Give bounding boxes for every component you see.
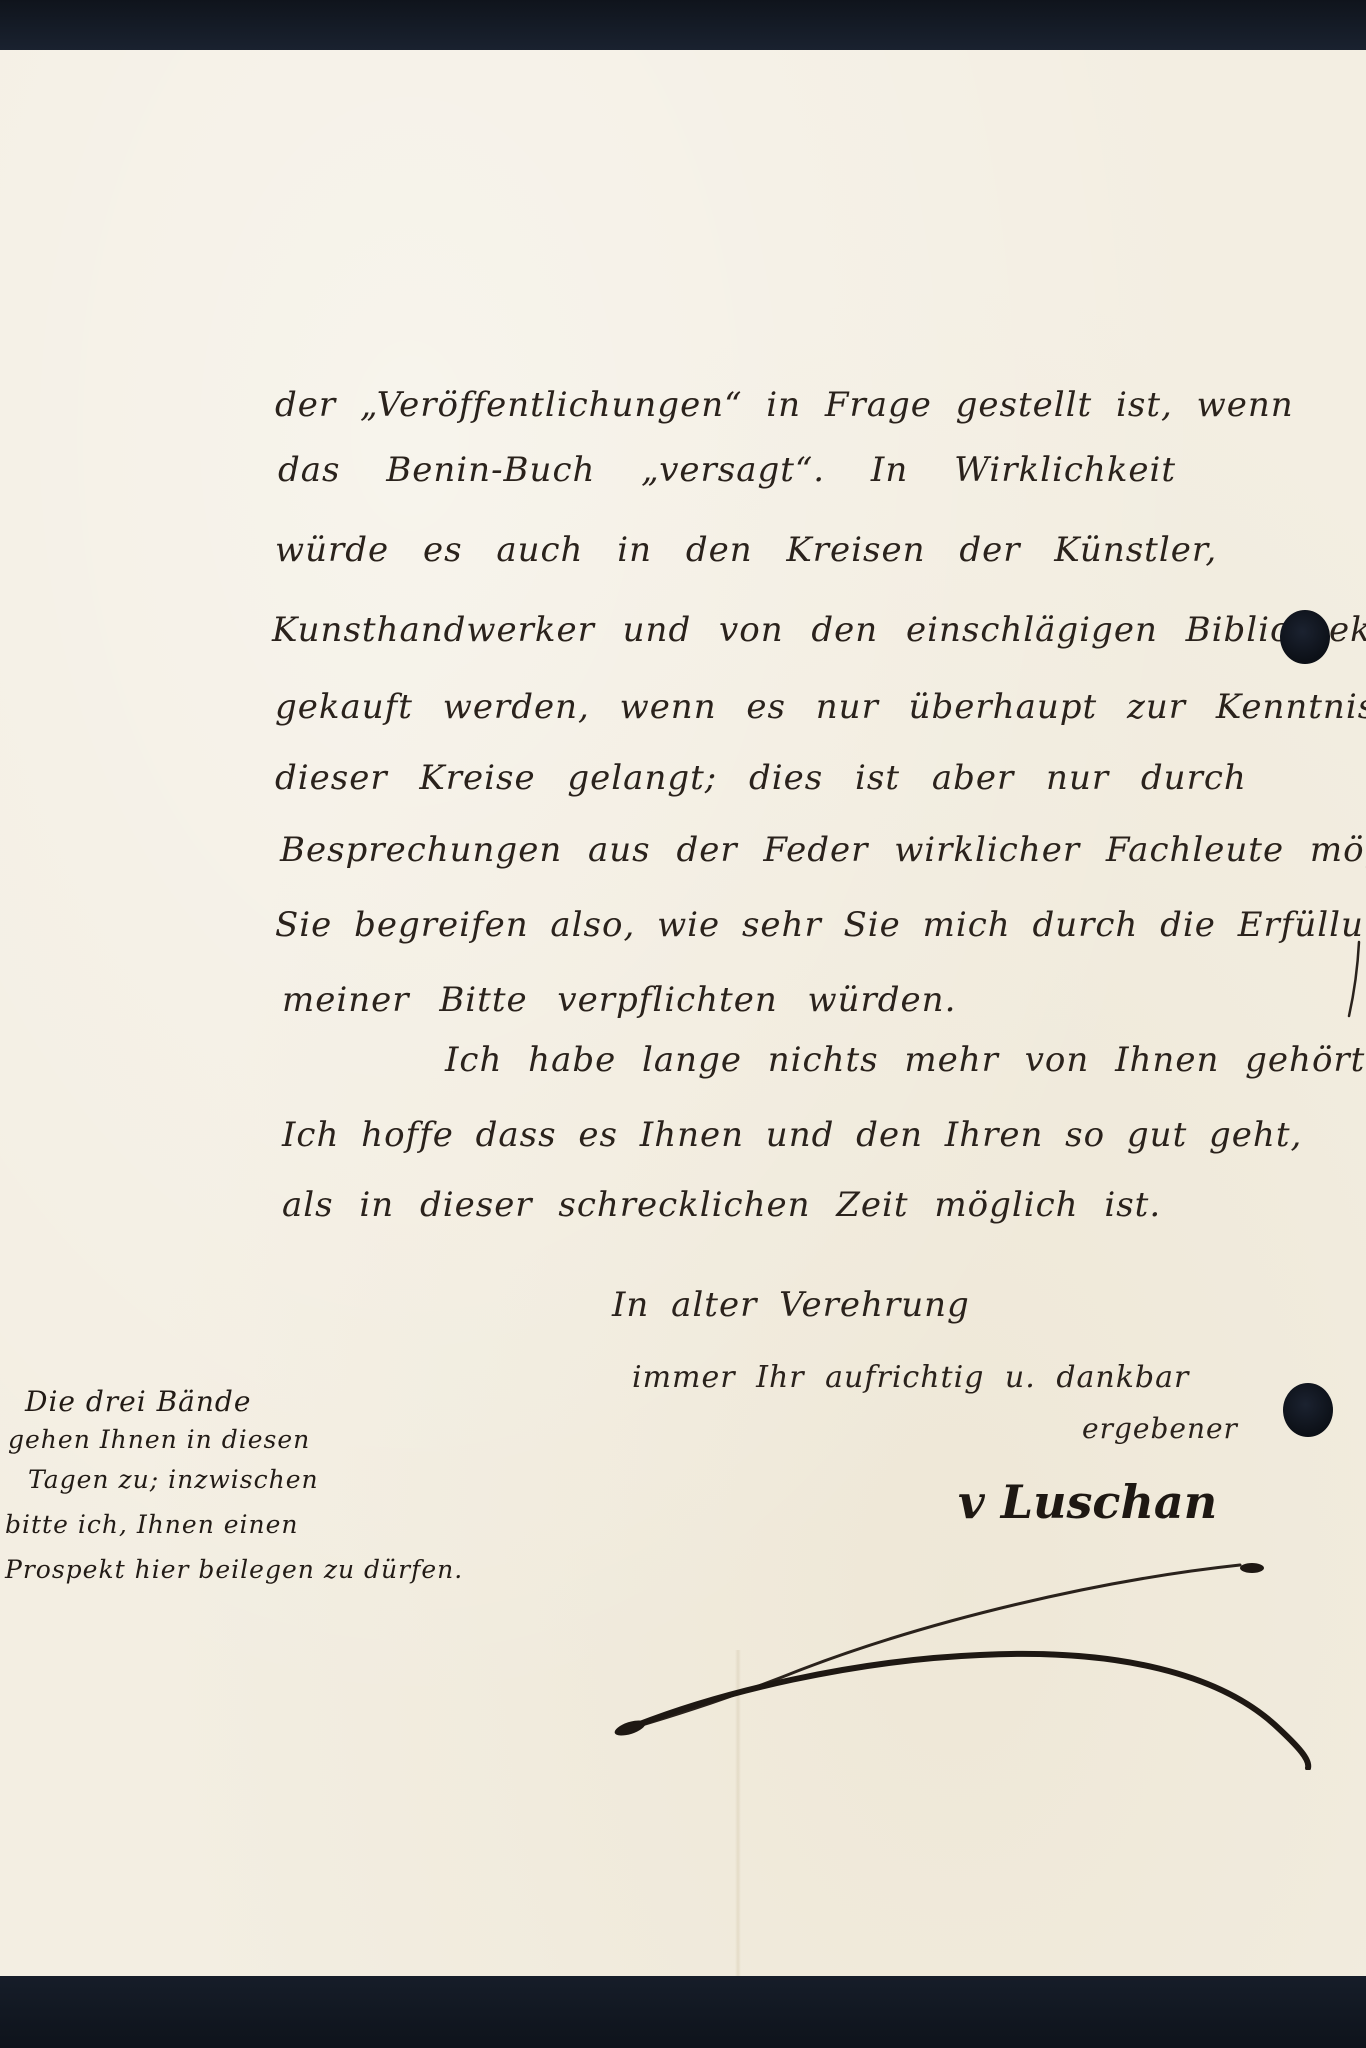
letter-line-4: Kunsthandwerker und von den einschlägige… <box>272 610 1366 650</box>
margin-stroke <box>1345 940 1365 1020</box>
closing-line-2: immer Ihr aufrichtig u. dankbar <box>632 1360 1189 1395</box>
punch-hole-upper <box>1280 610 1330 664</box>
scan-background-top <box>0 0 1366 52</box>
letter-line-5: gekauft werden, wenn es nur überhaupt zu… <box>275 687 1366 727</box>
closing-line-1: In alter Verehrung <box>612 1285 970 1325</box>
letter-line-10: Ich habe lange nichts mehr von Ihnen geh… <box>445 1040 1366 1080</box>
letter-line-6: dieser Kreise gelangt; dies ist aber nur… <box>275 758 1247 798</box>
punch-hole-lower <box>1283 1383 1333 1437</box>
margin-note-line-3: Tagen zu; inzwischen <box>28 1465 319 1494</box>
scan-background-bottom <box>0 1976 1366 2048</box>
margin-note-line-4: bitte ich, Ihnen einen <box>5 1510 299 1539</box>
letter-line-2: das Benin-Buch „versagt“. In Wirklichkei… <box>278 450 1176 490</box>
signature-flourish <box>600 1470 1366 1770</box>
margin-note-line-5: Prospekt hier beilegen zu dürfen. <box>5 1555 463 1584</box>
letter-line-8: Sie begreifen also, wie sehr Sie mich du… <box>275 905 1366 945</box>
letter-line-11: Ich hoffe dass es Ihnen und den Ihren so… <box>282 1115 1302 1155</box>
closing-line-3: ergebener <box>1082 1412 1238 1445</box>
letter-line-3: würde es auch in den Kreisen der Künstle… <box>275 530 1217 570</box>
margin-note-line-1: Die drei Bände <box>25 1385 251 1418</box>
letter-line-1: der „Veröffentlichungen“ in Frage gestel… <box>275 385 1294 425</box>
letter-line-7: Besprechungen aus der Feder wirklicher F… <box>280 830 1366 870</box>
letter-line-12: als in dieser schrecklichen Zeit möglich… <box>282 1185 1161 1225</box>
letter-line-9: meiner Bitte verpflichten würden. <box>282 980 956 1020</box>
margin-note-line-2: gehen Ihnen in diesen <box>8 1425 310 1454</box>
